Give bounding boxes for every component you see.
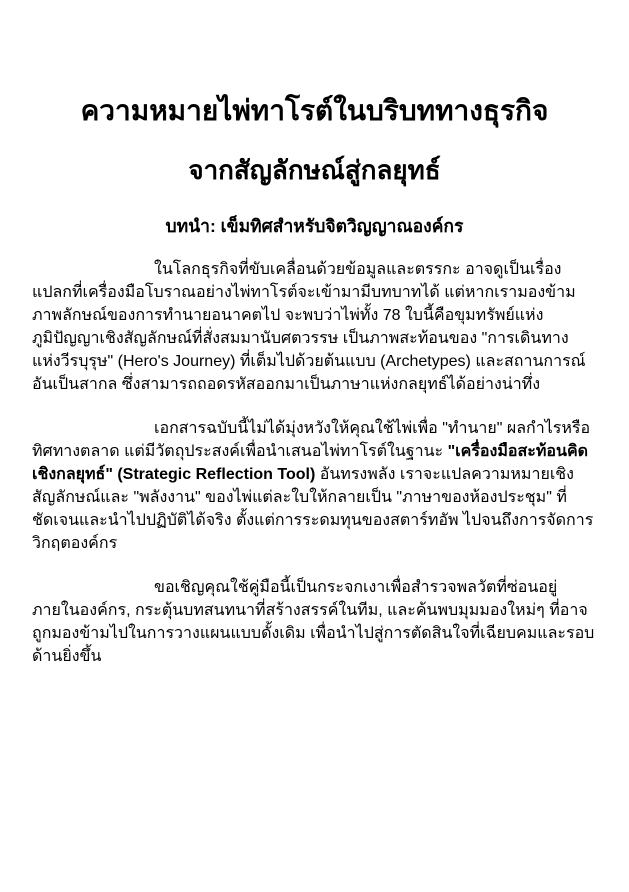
paragraph: ขอเชิญคุณใช้คู่มือนี้เป็นกระจกเงาเพื่อสำ… bbox=[32, 576, 597, 668]
text-segment: ในโลกธุรกิจที่ขับเคลื่อนด้วยข้อมูลและตรร… bbox=[32, 261, 586, 393]
document-subtitle: จากสัญลักษณ์สู่กลยุทธ์ bbox=[32, 153, 597, 188]
text-segment: ขอเชิญคุณใช้คู่มือนี้เป็นกระจกเงาเพื่อสำ… bbox=[32, 579, 594, 665]
document-body: ในโลกธุรกิจที่ขับเคลื่อนด้วยข้อมูลและตรร… bbox=[32, 258, 597, 668]
section-heading: บทนำ: เข็มทิศสำหรับจิตวิญญาณองค์กร bbox=[32, 214, 597, 239]
document-title: ความหมายไพ่ทาโรต์ในบริบททางธุรกิจ bbox=[32, 92, 597, 131]
paragraph: ในโลกธุรกิจที่ขับเคลื่อนด้วยข้อมูลและตรร… bbox=[32, 258, 597, 396]
paragraph: เอกสารฉบับนี้ไม่ได้มุ่งหวังให้คุณใช้ไพ่เ… bbox=[32, 417, 597, 555]
document-page: ความหมายไพ่ทาโรต์ในบริบททางธุรกิจ จากสัญ… bbox=[0, 0, 629, 892]
